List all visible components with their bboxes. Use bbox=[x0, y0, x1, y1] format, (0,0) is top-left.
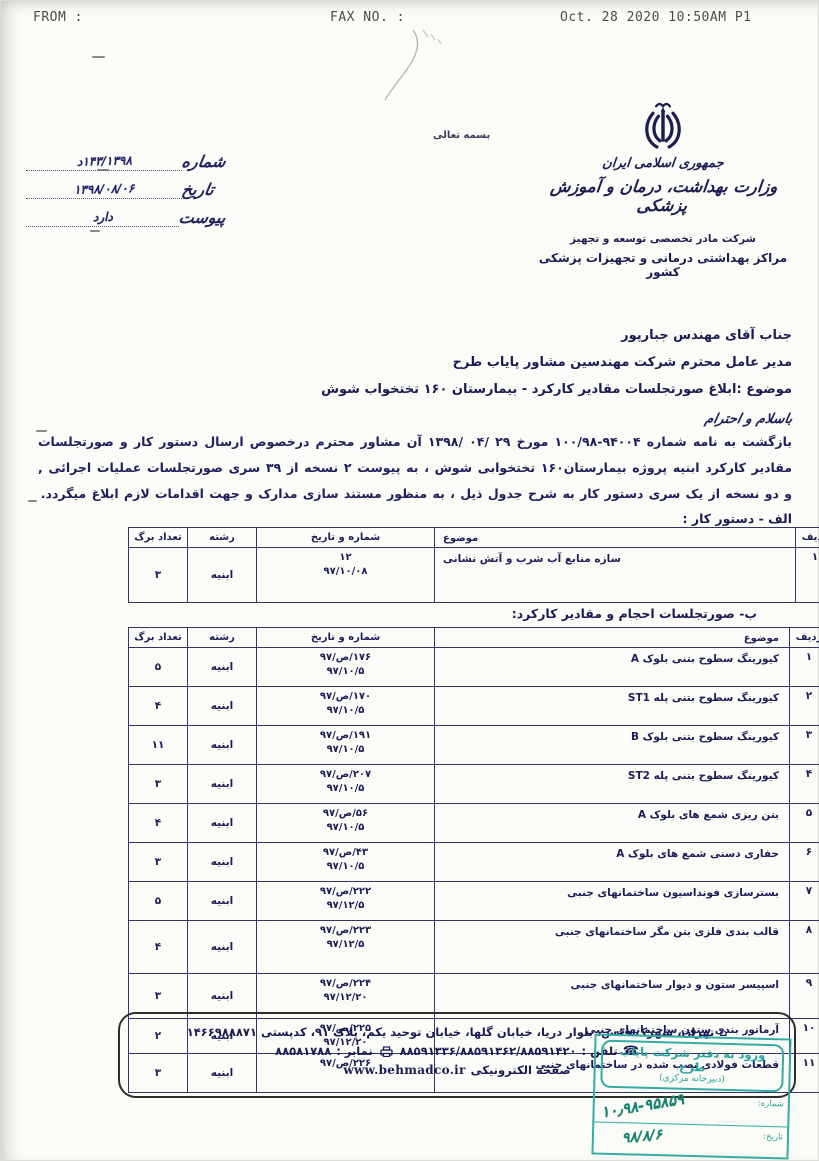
cell-number-date: ۱۷۶/ص/۹۷ ۹۷/۱۰/۵ bbox=[257, 648, 435, 687]
col-header-subject: موضوع bbox=[435, 628, 790, 648]
cell-row-no: ۹ bbox=[790, 974, 819, 1019]
col-header-page-count: تعداد برگ bbox=[129, 528, 188, 548]
col-header-discipline: رشته bbox=[188, 528, 257, 548]
table-row: ۱ سازه منابع آب شرب و آتش نشانی ۱۲ ۹۷/۱۰… bbox=[129, 548, 819, 603]
ref-date-line: ۱۳۹۸/۰۸/۰۶ bbox=[26, 178, 182, 199]
cell-date: ۹۷/۱۰/۵ bbox=[261, 704, 430, 718]
margin-dash bbox=[28, 500, 37, 502]
org-line-2: مراکز بهداشتی درمانی و تجهیزات پزشکی کشو… bbox=[529, 251, 797, 279]
cell-number: ۱۷۰/ص/۹۷ bbox=[261, 690, 430, 704]
cell-discipline: ابنیه bbox=[188, 921, 257, 974]
col-header-row-no: ردیف bbox=[796, 528, 819, 548]
cell-discipline: ابنیه bbox=[188, 687, 257, 726]
cell-date: ۹۷/۱۰/۵ bbox=[261, 782, 430, 796]
table-header-row: ردیف موضوع شماره و تاریخ رشته تعداد برگ bbox=[129, 528, 819, 548]
cell-row-no: ۴ bbox=[790, 765, 819, 804]
recipient-name: جناب آقای مهندس جبارپور bbox=[232, 322, 792, 349]
website-label: صفحه الکترونیکی bbox=[471, 1061, 571, 1080]
fax-from-label: FROM : bbox=[33, 10, 83, 25]
cell-number: ۱۹۱/ص/۹۷ bbox=[261, 729, 430, 743]
recipient-title: مدیر عامل محترم شرکت مهندسین مشاور پایاب… bbox=[232, 349, 792, 376]
margin-dash bbox=[92, 56, 105, 58]
fax-number-value: ۸۸۵۸۱۷۸۸ bbox=[275, 1042, 331, 1061]
cell-page-count: ۴ bbox=[129, 921, 188, 974]
cell-page-count: ۴ bbox=[129, 687, 188, 726]
table-row: ۳ کیورینگ سطوح بتنی بلوک B ۱۹۱/ص/۹۷ ۹۷/۱… bbox=[129, 726, 819, 765]
cell-subject: کیورینگ سطوح بتنی پله ST2 bbox=[435, 765, 790, 804]
cell-row-no: ۲ bbox=[790, 687, 819, 726]
bismillah-text: بسمه تعالی bbox=[433, 130, 490, 141]
table-row: ۴ کیورینگ سطوح بتنی پله ST2 ۲۰۷/ص/۹۷ ۹۷/… bbox=[129, 765, 819, 804]
cell-number: ۲۲۴/ص/۹۷ bbox=[261, 977, 430, 991]
stamp-date-label: تاریخ: bbox=[763, 1132, 783, 1143]
letterhead: جمهوری اسلامی ایران وزارت بهداشت، درمان … bbox=[529, 100, 797, 279]
stamp-title-box: ورود به دفتر شرکت پایاب طرح (دبیرخانه مر… bbox=[600, 1040, 784, 1093]
cell-number-date: ۵۶/ص/۹۷ ۹۷/۱۰/۵ bbox=[257, 804, 435, 843]
stamp-number-label: شماره: bbox=[758, 1099, 784, 1110]
cell-number-date: ۲۲۲/ص/۹۷ ۹۷/۱۲/۵ bbox=[257, 882, 435, 921]
cell-number: ۴۳/ص/۹۷ bbox=[261, 846, 430, 860]
ref-number-value: ۱۴۳/۱۳۹۸د bbox=[76, 153, 131, 168]
cell-date: ۹۷/۱۰/۵ bbox=[261, 743, 430, 757]
fax-number-label: FAX NO. : bbox=[330, 10, 405, 25]
cell-date: ۹۷/۱۰/۵ bbox=[261, 860, 430, 874]
cell-subject: کیورینگ سطوح بتنی پله ST1 bbox=[435, 687, 790, 726]
cell-number-date: ۴۳/ص/۹۷ ۹۷/۱۰/۵ bbox=[257, 843, 435, 882]
ref-attachment-value: دارد bbox=[93, 210, 113, 225]
cell-discipline: ابنیه bbox=[188, 765, 257, 804]
ref-date-value: ۱۳۹۸/۰۸/۰۶ bbox=[74, 181, 135, 197]
cell-row-no: ۷ bbox=[790, 882, 819, 921]
cell-page-count: ۳ bbox=[129, 765, 188, 804]
cell-row-no: ۸ bbox=[790, 921, 819, 974]
ref-attachment-line: دارد bbox=[26, 206, 179, 227]
cell-number: ۵۶/ص/۹۷ bbox=[261, 807, 430, 821]
fax-printer-icon bbox=[380, 1046, 393, 1057]
table-row: ۸ قالب بندی فلزی بتن مگر ساختمانهای جنبی… bbox=[129, 921, 819, 974]
col-header-row-no: ردیف bbox=[790, 628, 819, 648]
stamp-title-line1: ورود به دفتر شرکت پایاب طرح bbox=[605, 1044, 781, 1077]
cell-discipline: ابنیه bbox=[188, 548, 257, 603]
cell-subject: کیورینگ سطوح بتنی بلوک A bbox=[435, 648, 790, 687]
cell-subject: قالب بندی فلزی بتن مگر ساختمانهای جنبی bbox=[435, 921, 790, 974]
cell-discipline: ابنیه bbox=[188, 648, 257, 687]
cell-subject: کیورینگ سطوح بتنی بلوک B bbox=[435, 726, 790, 765]
cell-page-count: ۴ bbox=[129, 804, 188, 843]
stamp-date-handwritten: ۹۸/۸/۶ bbox=[621, 1127, 663, 1147]
ref-number-label: شماره bbox=[180, 152, 227, 171]
cell-number-date: ۲۲۳/ص/۹۷ ۹۷/۱۲/۵ bbox=[257, 921, 435, 974]
cell-date: ۹۷/۱۰/۵ bbox=[261, 821, 430, 835]
cell-page-count: ۵ bbox=[129, 882, 188, 921]
col-header-number-date: شماره و تاریخ bbox=[257, 628, 435, 648]
reference-fields: شماره ۱۴۳/۱۳۹۸د تاریخ ۱۳۹۸/۰۸/۰۶ پیوست د… bbox=[26, 150, 226, 234]
ref-date-row: تاریخ ۱۳۹۸/۰۸/۰۶ bbox=[26, 178, 226, 199]
cell-number: ۱۷۶/ص/۹۷ bbox=[261, 651, 430, 665]
cell-subject: سازه منابع آب شرب و آتش نشانی bbox=[435, 548, 796, 603]
col-header-subject: موضوع bbox=[435, 528, 796, 548]
table-row: ۱ کیورینگ سطوح بتنی بلوک A ۱۷۶/ص/۹۷ ۹۷/۱… bbox=[129, 648, 819, 687]
cell-number: ۱۲ bbox=[261, 551, 430, 565]
cell-row-no: ۵ bbox=[790, 804, 819, 843]
org-line-1: شرکت مادر تخصصی توسعه و تجهیز bbox=[529, 233, 797, 245]
scanned-fax-page: FROM : FAX NO. : Oct. 28 2020 10:50AM P1… bbox=[0, 0, 819, 1161]
cell-date: ۹۷/۱۲/۲۰ bbox=[261, 991, 430, 1005]
cell-date: ۹۷/۱۲/۵ bbox=[261, 899, 430, 913]
stamp-number-handwritten: ۱۰٫۹۸-۹۵۸۵۹ bbox=[600, 1090, 685, 1122]
cell-subject: بسترسازی فونداسیون ساختمانهای جنبی bbox=[435, 882, 790, 921]
cell-number-date: ۱۹۱/ص/۹۷ ۹۷/۱۰/۵ bbox=[257, 726, 435, 765]
ref-date-label: تاریخ bbox=[180, 180, 227, 199]
cell-number-date: ۲۰۷/ص/۹۷ ۹۷/۱۰/۵ bbox=[257, 765, 435, 804]
cell-subject: بتن ریزی شمع های بلوک A bbox=[435, 804, 790, 843]
table-row: ۶ حفاری دستی شمع های بلوک A ۴۳/ص/۹۷ ۹۷/۱… bbox=[129, 843, 819, 882]
phone-numbers: ۸۸۵۹۱۳۳۶/۸۸۵۹۱۳۶۲/۸۸۵۹۱۴۲۰ bbox=[400, 1042, 577, 1061]
recipient-block: جناب آقای مهندس جبارپور مدیر عامل محترم … bbox=[232, 322, 792, 433]
cell-discipline: ابنیه bbox=[188, 843, 257, 882]
ref-attachment-row: پیوست دارد bbox=[26, 206, 226, 227]
cell-discipline: ابنیه bbox=[188, 726, 257, 765]
cell-date: ۹۷/۱۰/۵ bbox=[261, 665, 430, 679]
ref-number-line: ۱۴۳/۱۳۹۸د bbox=[26, 150, 182, 171]
cell-discipline: ابنیه bbox=[188, 882, 257, 921]
col-header-number-date: شماره و تاریخ bbox=[257, 528, 435, 548]
cell-page-count: ۳ bbox=[129, 843, 188, 882]
fax-datetime: Oct. 28 2020 10:50AM P1 bbox=[560, 10, 752, 25]
table-work-order: ردیف موضوع شماره و تاریخ رشته تعداد برگ … bbox=[128, 527, 819, 603]
cell-row-no: ۱ bbox=[790, 648, 819, 687]
table-row: ۷ بسترسازی فونداسیون ساختمانهای جنبی ۲۲۲… bbox=[129, 882, 819, 921]
col-header-page-count: تعداد برگ bbox=[129, 628, 188, 648]
cell-subject: حفاری دستی شمع های بلوک A bbox=[435, 843, 790, 882]
table-row: ۲ کیورینگ سطوح بتنی پله ST1 ۱۷۰/ص/۹۷ ۹۷/… bbox=[129, 687, 819, 726]
ref-number-row: شماره ۱۴۳/۱۳۹۸د bbox=[26, 150, 226, 171]
fax-label: نمابر : bbox=[336, 1042, 372, 1061]
cell-discipline: ابنیه bbox=[188, 804, 257, 843]
section-b-title: ب- صورتجلسات احجام و مقادیر کارکرد: bbox=[512, 606, 757, 621]
stamp-number-row: شماره: ۱۰٫۹۸-۹۵۸۵۹ bbox=[594, 1089, 788, 1127]
section-a-title: الف - دستور کار : bbox=[683, 511, 792, 526]
ministry-title: وزارت بهداشت، درمان و آموزش پزشکی bbox=[527, 177, 799, 215]
cell-number-date: ۱۷۰/ص/۹۷ ۹۷/۱۰/۵ bbox=[257, 687, 435, 726]
ref-attachment-label: پیوست bbox=[178, 208, 228, 227]
pen-scribble-artifact bbox=[365, 24, 465, 104]
iran-emblem-icon bbox=[640, 100, 686, 154]
country-title: جمهوری اسلامی ایران bbox=[528, 156, 798, 171]
cell-date: ۹۷/۱۰/۰۸ bbox=[261, 565, 430, 579]
col-header-discipline: رشته bbox=[188, 628, 257, 648]
cell-page-count: ۵ bbox=[129, 648, 188, 687]
letter-body: بازگشت به نامه شماره ⁦۱۰۰/۹۸-۹۴۰۰۴⁩ مورخ… bbox=[38, 429, 792, 507]
website-url: www.behmadco.ir bbox=[343, 1061, 465, 1080]
cell-number: ۲۰۷/ص/۹۷ bbox=[261, 768, 430, 782]
cell-row-no: ۳ bbox=[790, 726, 819, 765]
cell-row-no: ۶ bbox=[790, 843, 819, 882]
cell-date: ۹۷/۱۲/۵ bbox=[261, 938, 430, 952]
table-header-row: ردیف موضوع شماره و تاریخ رشته تعداد برگ bbox=[129, 628, 819, 648]
table-a-body: ۱ سازه منابع آب شرب و آتش نشانی ۱۲ ۹۷/۱۰… bbox=[129, 548, 819, 603]
stamp-date-row: تاریخ: ۹۸/۸/۶ bbox=[593, 1122, 787, 1159]
cell-row-no: ۱ bbox=[796, 548, 819, 603]
cell-number: ۲۲۳/ص/۹۷ bbox=[261, 924, 430, 938]
entry-stamp: ورود به دفتر شرکت پایاب طرح (دبیرخانه مر… bbox=[591, 1033, 791, 1159]
cell-number-date: ۱۲ ۹۷/۱۰/۰۸ bbox=[257, 548, 435, 603]
cell-number: ۲۲۲/ص/۹۷ bbox=[261, 885, 430, 899]
table-row: ۵ بتن ریزی شمع های بلوک A ۵۶/ص/۹۷ ۹۷/۱۰/… bbox=[129, 804, 819, 843]
cell-page-count: ۳ bbox=[129, 548, 188, 603]
subject-line: موضوع :ابلاغ صورتجلسات مقادیر کارکرد - ب… bbox=[232, 376, 792, 403]
cell-page-count: ۱۱ bbox=[129, 726, 188, 765]
